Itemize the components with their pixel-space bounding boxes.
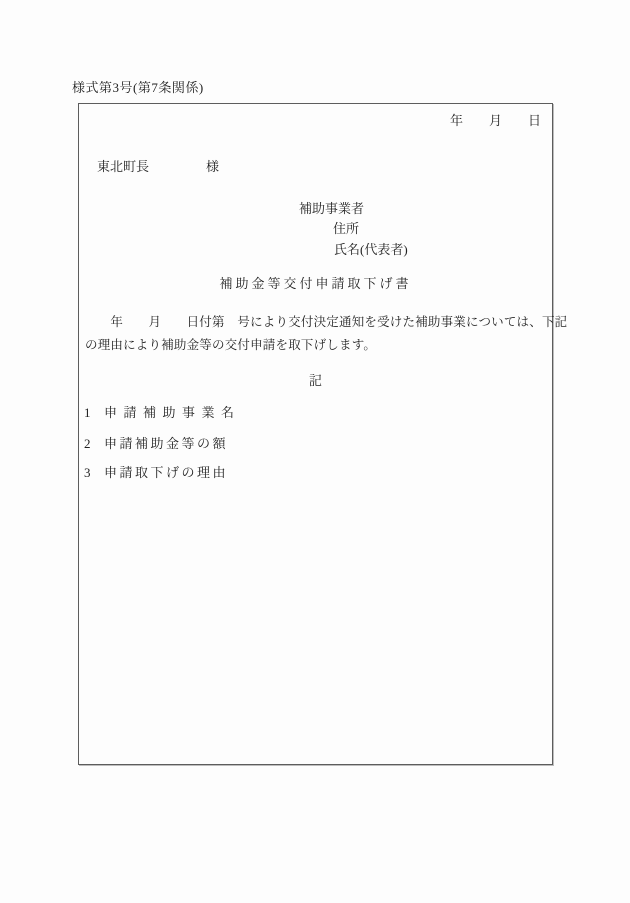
- form-number-label: 様式第3号(第7条関係): [72, 81, 204, 94]
- body-text-line-1: 年 月 日付第 号により交付決定通知を受けた補助事業については、下記: [85, 316, 567, 329]
- addressee-line: 東北町長様: [97, 160, 219, 173]
- applicant-name-label: 氏名(代表者): [334, 243, 408, 256]
- note-header: 記: [79, 374, 552, 387]
- addressee-honorific: 様: [206, 159, 219, 174]
- list-item-2: 2 申請補助金等の額: [84, 437, 228, 450]
- date-line: 年 月 日: [450, 114, 541, 127]
- applicant-label: 補助事業者: [299, 202, 364, 215]
- list-item-2-label: 申請補助金等の額: [104, 437, 228, 450]
- body-text-line-2: の理由により補助金等の交付申請を取下げします。: [85, 339, 376, 352]
- document-page: 様式第3号(第7条関係) 年 月 日 東北町長様 補助事業者 住所 氏名(代表者…: [0, 0, 630, 903]
- list-item-1-label: 申請補助事業名: [104, 406, 241, 419]
- document-frame: 年 月 日 東北町長様 補助事業者 住所 氏名(代表者) 補助金等交付申請取下げ…: [78, 103, 553, 765]
- list-item-1: 1 申請補助事業名: [84, 406, 241, 419]
- applicant-address-label: 住所: [333, 222, 359, 235]
- list-item-2-number: 2: [84, 437, 104, 450]
- list-item-3-label: 申請取下げの理由: [104, 466, 228, 479]
- list-item-1-number: 1: [84, 406, 104, 419]
- list-item-3-number: 3: [84, 466, 104, 479]
- document-title: 補助金等交付申請取下げ書: [79, 277, 552, 290]
- addressee-name: 東北町長: [97, 159, 149, 174]
- list-item-3: 3 申請取下げの理由: [84, 466, 228, 479]
